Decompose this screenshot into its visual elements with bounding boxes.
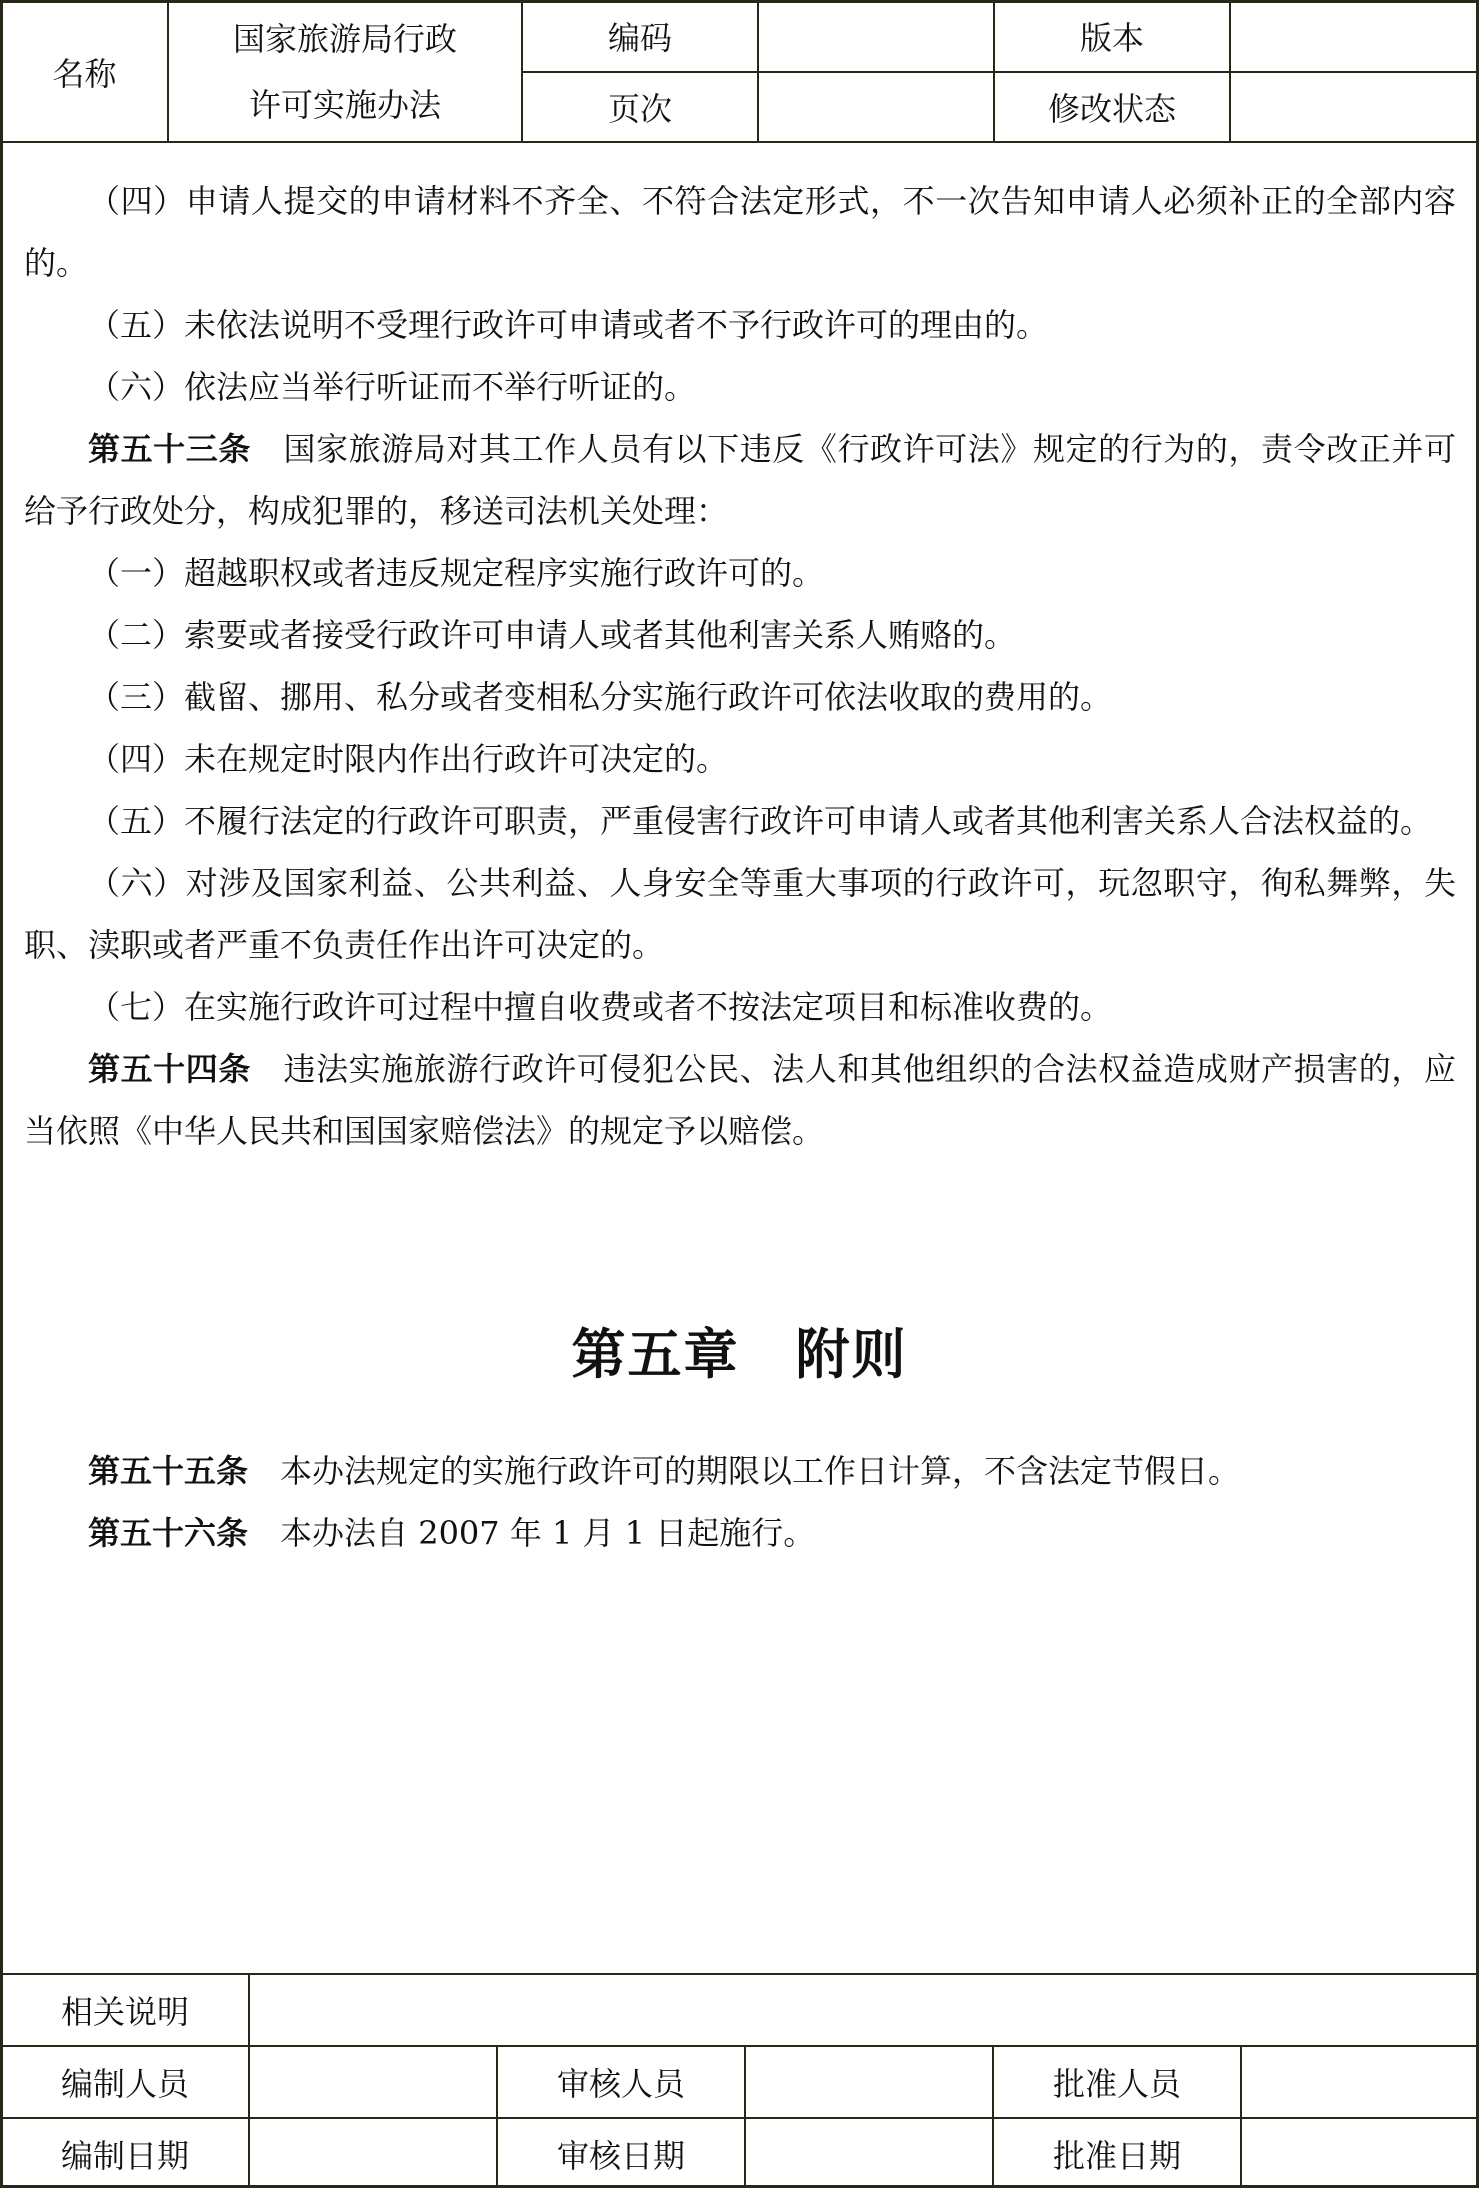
article-54: 第五十四条 违法实施旅游行政许可侵犯公民、法人和其他组织的合法权益造成财产损害的… — [24, 1038, 1456, 1162]
paragraph: （七）在实施行政许可过程中擅自收费或者不按法定项目和标准收费的。 — [24, 976, 1456, 1038]
version-label: 版本 — [994, 1, 1230, 72]
article-number: 第五十三条 — [88, 430, 251, 468]
document-header-table: 名称 国家旅游局行政 许可实施办法 编码 版本 页次 修改状态 — [0, 0, 1479, 143]
revision-label: 修改状态 — [994, 72, 1230, 143]
review-date-label: 审核日期 — [497, 2118, 745, 2188]
compiler-label: 编制人员 — [1, 2046, 249, 2118]
document-footer-table: 相关说明 编制人员 审核人员 批准人员 编制日期 审核日期 批准日期 — [0, 1973, 1479, 2188]
article-number: 第五十六条 — [88, 1514, 248, 1552]
compiler-value — [249, 2046, 497, 2118]
notes-label: 相关说明 — [1, 1974, 249, 2046]
revision-value — [1230, 72, 1479, 143]
page-label: 页次 — [522, 72, 758, 143]
paragraph: （二）索要或者接受行政许可申请人或者其他利害关系人贿赂的。 — [24, 604, 1456, 666]
approver-value — [1241, 2046, 1479, 2118]
reviewer-label: 审核人员 — [497, 2046, 745, 2118]
article-number: 第五十五条 — [88, 1452, 248, 1490]
name-value: 国家旅游局行政 许可实施办法 — [168, 1, 522, 142]
paragraph: （四）未在规定时限内作出行政许可决定的。 — [24, 728, 1456, 790]
article-56: 第五十六条 本办法自 2007 年 1 月 1 日起施行。 — [24, 1502, 1456, 1564]
article-53: 第五十三条 国家旅游局对其工作人员有以下违反《行政许可法》规定的行为的，责令改正… — [24, 418, 1456, 542]
approver-label: 批准人员 — [993, 2046, 1241, 2118]
review-date-value — [745, 2118, 993, 2188]
reviewer-value — [745, 2046, 993, 2118]
code-label: 编码 — [522, 1, 758, 72]
version-value — [1230, 1, 1479, 72]
chapter-title: 第五章 附则 — [0, 1312, 1479, 1389]
article-55: 第五十五条 本办法规定的实施行政许可的期限以工作日计算，不含法定节假日。 — [24, 1440, 1456, 1502]
paragraph: （四）申请人提交的申请材料不齐全、不符合法定形式，不一次告知申请人必须补正的全部… — [24, 170, 1456, 294]
page-value — [758, 72, 994, 143]
article-number: 第五十四条 — [88, 1050, 251, 1088]
paragraph: （一）超越职权或者违反规定程序实施行政许可的。 — [24, 542, 1456, 604]
name-value-line1: 国家旅游局行政 — [169, 6, 521, 72]
name-value-line2: 许可实施办法 — [169, 72, 521, 138]
paragraph: （六）依法应当举行听证而不举行听证的。 — [24, 356, 1456, 418]
compile-date-value — [249, 2118, 497, 2188]
notes-value — [249, 1974, 1479, 2046]
approve-date-value — [1241, 2118, 1479, 2188]
name-label: 名称 — [1, 1, 168, 142]
document-body: （四）申请人提交的申请材料不齐全、不符合法定形式，不一次告知申请人必须补正的全部… — [24, 170, 1456, 1162]
compile-date-label: 编制日期 — [1, 2118, 249, 2188]
paragraph: （三）截留、挪用、私分或者变相私分实施行政许可依法收取的费用的。 — [24, 666, 1456, 728]
paragraph: （六）对涉及国家利益、公共利益、人身安全等重大事项的行政许可，玩忽职守，徇私舞弊… — [24, 852, 1456, 976]
final-articles: 第五十五条 本办法规定的实施行政许可的期限以工作日计算，不含法定节假日。 第五十… — [24, 1440, 1456, 1564]
code-value — [758, 1, 994, 72]
paragraph: （五）不履行法定的行政许可职责，严重侵害行政许可申请人或者其他利害关系人合法权益… — [24, 790, 1456, 852]
paragraph: （五）未依法说明不受理行政许可申请或者不予行政许可的理由的。 — [24, 294, 1456, 356]
approve-date-label: 批准日期 — [993, 2118, 1241, 2188]
